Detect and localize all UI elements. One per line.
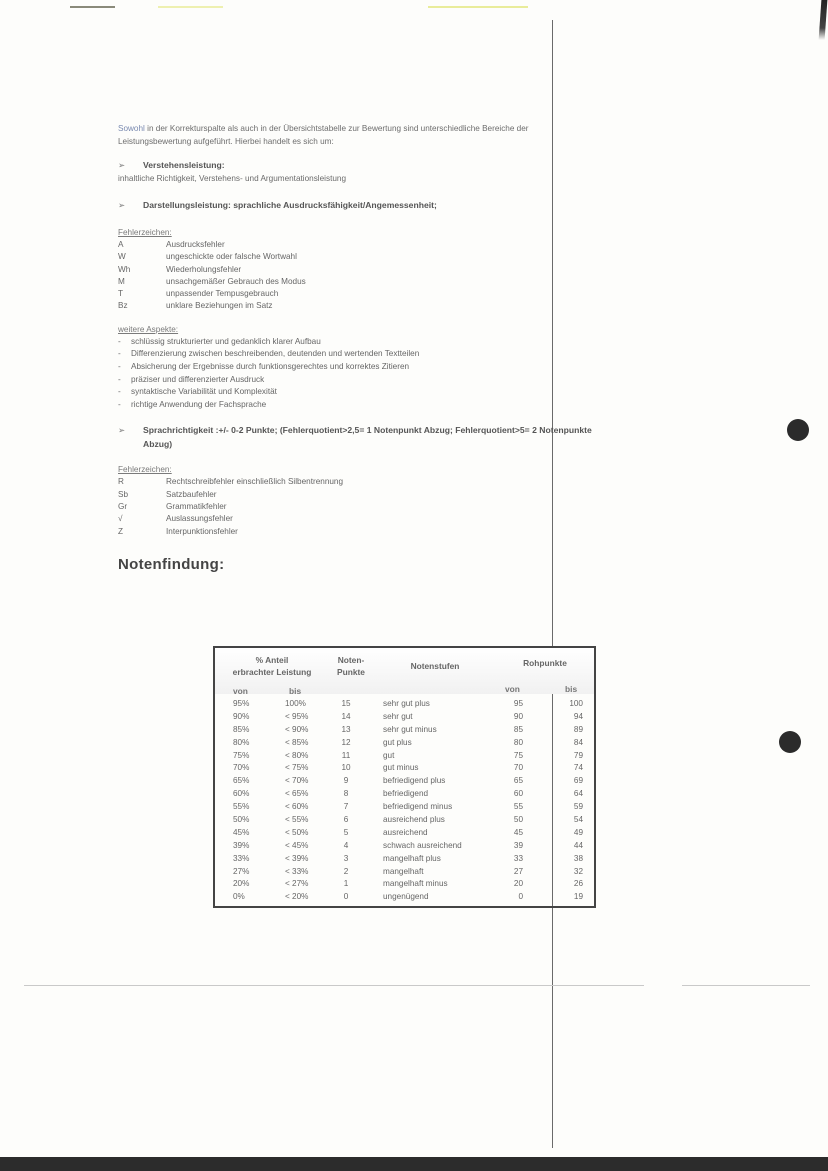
error-code: Bz (118, 300, 166, 312)
notenstufe: ausreichend (383, 827, 428, 840)
dash-bullet-icon: - (118, 399, 131, 412)
error-description: Satzbaufehler (166, 489, 217, 501)
notenstufe: befriedigend minus (383, 801, 452, 814)
percent-from: 33% (233, 853, 249, 866)
intro-paragraph: Sowohl in der Korrekturspalte als auch i… (118, 122, 718, 148)
header-notenstufen: Notenstufen (375, 660, 495, 672)
table-row: 60%< 65%8befriedigend6064 (215, 788, 594, 801)
error-description: Interpunktionsfehler (166, 526, 238, 538)
rohpunkte-to: 74 (555, 762, 583, 775)
percent-to: < 80% (285, 750, 308, 763)
percent-to: < 70% (285, 775, 308, 788)
rohpunkte-to: 94 (555, 711, 583, 724)
notenpunkte: 11 (335, 750, 357, 763)
table-row: 90%< 95%14sehr gut9094 (215, 711, 594, 724)
punch-hole (779, 731, 801, 753)
percent-from: 85% (233, 724, 249, 737)
table-row: 75%< 80%11gut7579 (215, 750, 594, 763)
section-title: Darstellungsleistung: sprachliche Ausdru… (143, 199, 437, 212)
table-row: 45%< 50%5ausreichend4549 (215, 827, 594, 840)
rohpunkte-to: 100 (555, 698, 583, 711)
rohpunkte-to: 64 (555, 788, 583, 801)
section-text: inhaltliche Richtigkeit, Verstehens- und… (118, 172, 718, 185)
rohpunkte-to: 84 (555, 737, 583, 750)
divider-line (24, 985, 644, 986)
grade-table: % Anteil erbrachter Leistung Noten- Punk… (213, 646, 596, 908)
notenpunkte: 7 (335, 801, 357, 814)
error-description: unpassender Tempusgebrauch (166, 288, 278, 300)
percent-from: 95% (233, 698, 249, 711)
percent-to: < 27% (285, 878, 308, 891)
rohpunkte-to: 19 (555, 891, 583, 904)
weitere-aspekte-label: weitere Aspekte: (118, 323, 718, 336)
section-verstehensleistung: ➢ Verstehensleistung: inhaltliche Richti… (118, 159, 718, 185)
error-code-item: Munsachgemäßer Gebrauch des Modus (118, 276, 718, 288)
section-sprachrichtigkeit: ➢ Sprachrichtigkeit :+/- 0-2 Punkte; (Fe… (118, 423, 718, 451)
error-description: Wiederholungsfehler (166, 264, 241, 276)
error-code-item: RRechtschreibfehler einschließlich Silbe… (118, 476, 718, 488)
section-title: Verstehensleistung: (143, 159, 225, 172)
rohpunkte-from: 20 (495, 878, 523, 891)
rohpunkte-to: 89 (555, 724, 583, 737)
document-body: Sowohl in der Korrekturspalte als auch i… (118, 122, 718, 571)
notenpunkte: 8 (335, 788, 357, 801)
rohpunkte-from: 75 (495, 750, 523, 763)
rohpunkte-from: 33 (495, 853, 523, 866)
subheader-roh-bis: bis (565, 684, 577, 694)
rohpunkte-from: 39 (495, 840, 523, 853)
scan-top-marks (0, 5, 828, 9)
intro-text: in der Korrekturspalte als auch in der Ü… (145, 124, 529, 133)
notenstufe: gut plus (383, 737, 412, 750)
rohpunkte-to: 44 (555, 840, 583, 853)
error-code: M (118, 276, 166, 288)
error-code-list: RRechtschreibfehler einschließlich Silbe… (118, 476, 718, 537)
header-text: Punkte (330, 666, 372, 678)
error-code: A (118, 239, 166, 251)
error-code-item: ZInterpunktionsfehler (118, 526, 718, 538)
percent-to: 100% (285, 698, 306, 711)
percent-from: 27% (233, 866, 249, 879)
notenpunkte: 9 (335, 775, 357, 788)
dash-bullet-icon: - (118, 386, 131, 399)
error-code: Wh (118, 264, 166, 276)
arrow-bullet-icon: ➢ (118, 423, 143, 451)
arrow-bullet-icon: ➢ (118, 159, 143, 172)
header-percent: % Anteil erbrachter Leistung (217, 654, 327, 678)
intro-first-word: Sowohl (118, 124, 145, 133)
table-row: 20%< 27%1mangelhaft minus2026 (215, 878, 594, 891)
notenpunkte: 14 (335, 711, 357, 724)
table-row: 80%< 85%12gut plus8084 (215, 737, 594, 750)
dash-bullet-icon: - (118, 374, 131, 387)
notenstufe: mangelhaft plus (383, 853, 441, 866)
percent-to: < 95% (285, 711, 308, 724)
percent-to: < 33% (285, 866, 308, 879)
notenpunkte: 4 (335, 840, 357, 853)
percent-to: < 55% (285, 814, 308, 827)
percent-to: < 50% (285, 827, 308, 840)
percent-to: < 45% (285, 840, 308, 853)
dash-bullet-icon: - (118, 336, 131, 349)
dash-bullet-icon: - (118, 361, 131, 374)
rohpunkte-to: 26 (555, 878, 583, 891)
error-code-item: SbSatzbaufehler (118, 489, 718, 501)
subheader-bis: bis (289, 686, 301, 696)
table-row: 65%< 70%9befriedigend plus6569 (215, 775, 594, 788)
highlighter-mark (158, 6, 223, 8)
rohpunkte-to: 49 (555, 827, 583, 840)
pen-mark (70, 6, 115, 8)
error-description: unklare Beziehungen im Satz (166, 300, 273, 312)
notenstufe: befriedigend (383, 788, 428, 801)
percent-from: 70% (233, 762, 249, 775)
table-row: 0%< 20%0ungenügend019 (215, 891, 594, 904)
aspect-item: -schlüssig strukturierter und gedanklich… (118, 336, 718, 349)
intro-text: Leistungsbewertung aufgeführt. Hierbei h… (118, 135, 718, 148)
error-description: Rechtschreibfehler einschließlich Silben… (166, 476, 343, 488)
aspect-text: schlüssig strukturierter und gedanklich … (131, 337, 321, 346)
divider-line (682, 985, 810, 986)
percent-to: < 75% (285, 762, 308, 775)
notenstufe: mangelhaft (383, 866, 424, 879)
aspect-item: -Absicherung der Ergebnisse durch funkti… (118, 361, 718, 374)
error-code-item: √Auslassungsfehler (118, 513, 718, 525)
error-code: Sb (118, 489, 166, 501)
aspect-item: -syntaktische Variabilität und Komplexit… (118, 386, 718, 399)
notenpunkte: 10 (335, 762, 357, 775)
rohpunkte-to: 69 (555, 775, 583, 788)
rohpunkte-from: 27 (495, 866, 523, 879)
table-row: 70%< 75%10gut minus7074 (215, 762, 594, 775)
rohpunkte-from: 90 (495, 711, 523, 724)
percent-to: < 39% (285, 853, 308, 866)
error-description: Grammatikfehler (166, 501, 227, 513)
aspect-item: -richtige Anwendung der Fachsprache (118, 399, 718, 412)
aspect-item: -präziser und differenzierter Ausdruck (118, 374, 718, 387)
percent-from: 55% (233, 801, 249, 814)
error-code-item: WhWiederholungsfehler (118, 264, 718, 276)
percent-to: < 65% (285, 788, 308, 801)
notenstufe: ausreichend plus (383, 814, 445, 827)
rohpunkte-from: 80 (495, 737, 523, 750)
rohpunkte-from: 50 (495, 814, 523, 827)
error-code-item: Tunpassender Tempusgebrauch (118, 288, 718, 300)
error-description: unsachgemäßer Gebrauch des Modus (166, 276, 306, 288)
section-darstellungsleistung: ➢ Darstellungsleistung: sprachliche Ausd… (118, 199, 718, 411)
table-row: 95%100%15sehr gut plus95100 (215, 698, 594, 711)
notenpunkte: 13 (335, 724, 357, 737)
percent-to: < 60% (285, 801, 308, 814)
percent-from: 39% (233, 840, 249, 853)
percent-from: 60% (233, 788, 249, 801)
notenstufe: gut (383, 750, 394, 763)
percent-to: < 90% (285, 724, 308, 737)
table-row: 39%< 45%4schwach ausreichend3944 (215, 840, 594, 853)
header-text: erbrachter Leistung (217, 666, 327, 678)
error-code-item: AAusdrucksfehler (118, 239, 718, 251)
aspect-text: syntaktische Variabilität und Komplexitä… (131, 387, 277, 396)
notenstufe: gut minus (383, 762, 419, 775)
table-row: 55%< 60%7befriedigend minus5559 (215, 801, 594, 814)
aspect-text: Differenzierung zwischen beschreibenden,… (131, 349, 419, 358)
header-text: Noten- (330, 654, 372, 666)
rohpunkte-from: 65 (495, 775, 523, 788)
table-row: 50%< 55%6ausreichend plus5054 (215, 814, 594, 827)
percent-from: 0% (233, 891, 245, 904)
error-code: Z (118, 526, 166, 538)
notenpunkte: 5 (335, 827, 357, 840)
notenstufe: schwach ausreichend (383, 840, 462, 853)
percent-from: 20% (233, 878, 249, 891)
notenfindung-heading: Notenfindung: (118, 558, 718, 571)
aspect-text: richtige Anwendung der Fachsprache (131, 400, 266, 409)
arrow-bullet-icon: ➢ (118, 199, 143, 212)
error-code-item: GrGrammatikfehler (118, 501, 718, 513)
highlighter-mark (428, 6, 528, 8)
fehlerzeichen-label: Fehlerzeichen: (118, 463, 718, 476)
percent-from: 45% (233, 827, 249, 840)
notenpunkte: 12 (335, 737, 357, 750)
header-text: % Anteil (217, 654, 327, 666)
error-description: Ausdrucksfehler (166, 239, 225, 251)
notenstufe: sehr gut (383, 711, 413, 724)
rohpunkte-from: 85 (495, 724, 523, 737)
section-title: Sprachrichtigkeit :+/- 0-2 Punkte; (Fehl… (143, 425, 592, 435)
error-code: T (118, 288, 166, 300)
table-row: 27%< 33%2mangelhaft2732 (215, 866, 594, 879)
aspect-item: -Differenzierung zwischen beschreibenden… (118, 348, 718, 361)
grade-table-body: 95%100%15sehr gut plus9510090%< 95%14seh… (215, 698, 594, 904)
rohpunkte-from: 0 (495, 891, 523, 904)
percent-from: 75% (233, 750, 249, 763)
notenstufe: mangelhaft minus (383, 878, 448, 891)
rohpunkte-to: 38 (555, 853, 583, 866)
notenstufe: ungenügend (383, 891, 429, 904)
error-code: √ (118, 513, 166, 525)
scan-bottom-edge (0, 1157, 828, 1171)
error-code-item: Wungeschickte oder falsche Wortwahl (118, 251, 718, 263)
error-code-list: AAusdrucksfehlerWungeschickte oder falsc… (118, 239, 718, 313)
notenpunkte: 0 (335, 891, 357, 904)
rohpunkte-to: 54 (555, 814, 583, 827)
section-title-cont: Abzug) (143, 439, 172, 449)
rohpunkte-from: 45 (495, 827, 523, 840)
percent-from: 65% (233, 775, 249, 788)
dash-bullet-icon: - (118, 348, 131, 361)
rohpunkte-to: 32 (555, 866, 583, 879)
notenpunkte: 15 (335, 698, 357, 711)
notenpunkte: 6 (335, 814, 357, 827)
percent-to: < 20% (285, 891, 308, 904)
percent-from: 50% (233, 814, 249, 827)
error-code-item: Bzunklare Beziehungen im Satz (118, 300, 718, 312)
rohpunkte-to: 59 (555, 801, 583, 814)
notenpunkte: 3 (335, 853, 357, 866)
subheader-von: von (233, 686, 248, 696)
subheader-roh-von: von (505, 684, 520, 694)
notenpunkte: 2 (335, 866, 357, 879)
aspect-text: Absicherung der Ergebnisse durch funktio… (131, 362, 409, 371)
rohpunkte-from: 60 (495, 788, 523, 801)
percent-from: 80% (233, 737, 249, 750)
header-notenpunkte: Noten- Punkte (330, 654, 372, 678)
notenpunkte: 1 (335, 878, 357, 891)
fehlerzeichen-label: Fehlerzeichen: (118, 226, 718, 239)
notenstufe: sehr gut plus (383, 698, 430, 711)
notenstufe: befriedigend plus (383, 775, 445, 788)
error-code: W (118, 251, 166, 263)
rohpunkte-from: 70 (495, 762, 523, 775)
percent-from: 90% (233, 711, 249, 724)
rohpunkte-from: 55 (495, 801, 523, 814)
error-description: ungeschickte oder falsche Wortwahl (166, 251, 297, 263)
table-row: 33%< 39%3mangelhaft plus3338 (215, 853, 594, 866)
error-description: Auslassungsfehler (166, 513, 233, 525)
aspects-list: -schlüssig strukturierter und gedanklich… (118, 336, 718, 412)
notenstufe: sehr gut minus (383, 724, 437, 737)
table-row: 85%< 90%13sehr gut minus8589 (215, 724, 594, 737)
aspect-text: präziser und differenzierter Ausdruck (131, 375, 264, 384)
punch-hole (787, 419, 809, 441)
error-code: R (118, 476, 166, 488)
percent-to: < 85% (285, 737, 308, 750)
rohpunkte-to: 79 (555, 750, 583, 763)
header-rohpunkte: Rohpunkte (495, 657, 595, 669)
error-code: Gr (118, 501, 166, 513)
rohpunkte-from: 95 (495, 698, 523, 711)
